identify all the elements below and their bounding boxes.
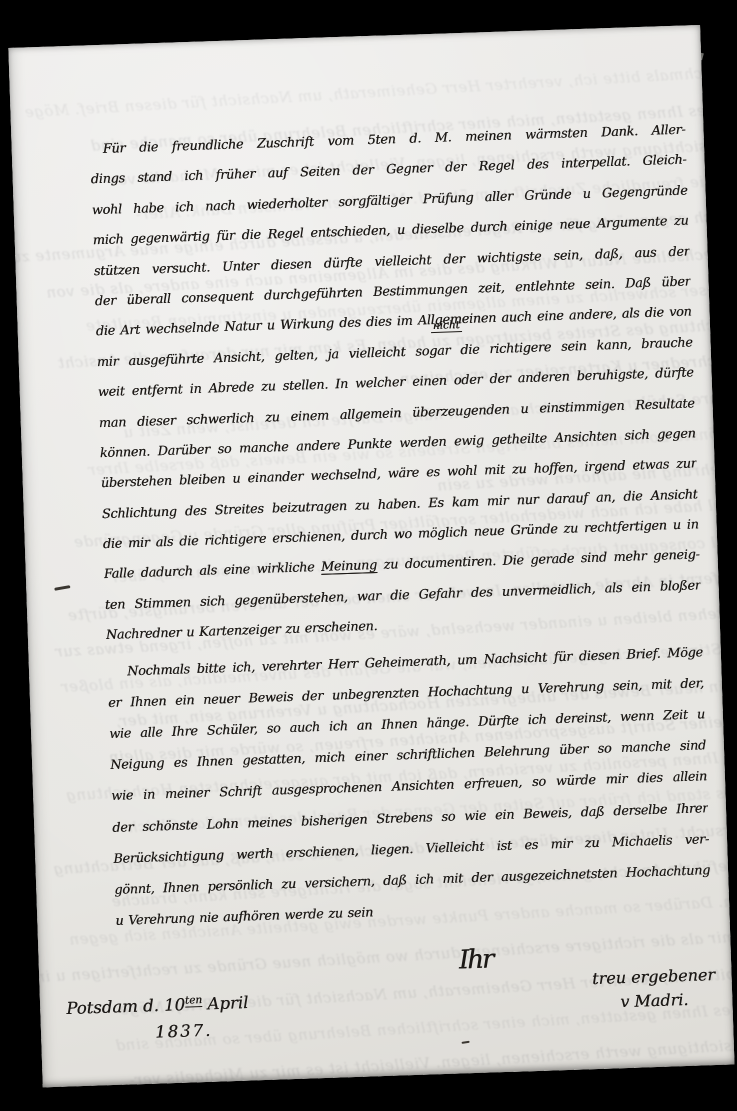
- bleedthrough-line: Nochmals bitte ich, verehrter Herr Gehei…: [8, 63, 726, 125]
- photo-background: Nochmals bitte ich, verehrter Herr Gehei…: [0, 0, 737, 1111]
- dateline-text: Potsdam d. 10: [66, 995, 185, 1018]
- ordinal-superscript: ten: [185, 994, 203, 1008]
- signature-block: treu ergebener v Madri.: [575, 964, 732, 1012]
- dateline-month: April: [202, 993, 249, 1014]
- underlined-word: Meinung: [321, 558, 377, 575]
- signature-name: v Madri.: [576, 988, 733, 1012]
- line-segment: Falle dadurch als eine wirkliche: [104, 560, 322, 582]
- dateline-place-date: Potsdam d. 10ten April: [66, 993, 249, 1019]
- letter-page: Nochmals bitte ich, verehrter Herr Gehei…: [8, 25, 734, 1087]
- paragraph-2: Nochmals bitte ich, verehrter Herr Gehei…: [107, 637, 712, 937]
- closing-phrase: treu ergebener: [575, 964, 732, 988]
- dateline: Potsdam d. 10ten April 1837.: [66, 993, 250, 1045]
- ink-speck: [54, 585, 70, 590]
- paragraph-1: Für die freundliche Zuschrift vom 5ten d…: [89, 116, 702, 652]
- ink-speck: [462, 1041, 470, 1044]
- letter-body: Für die freundliche Zuschrift vom 5ten d…: [89, 116, 713, 988]
- interlinear-insertion: nicht: [431, 319, 462, 333]
- line-segment: zu documentiren. Die gerade sind mehr ge…: [377, 548, 700, 574]
- dateline-year: 1837.: [155, 1019, 250, 1041]
